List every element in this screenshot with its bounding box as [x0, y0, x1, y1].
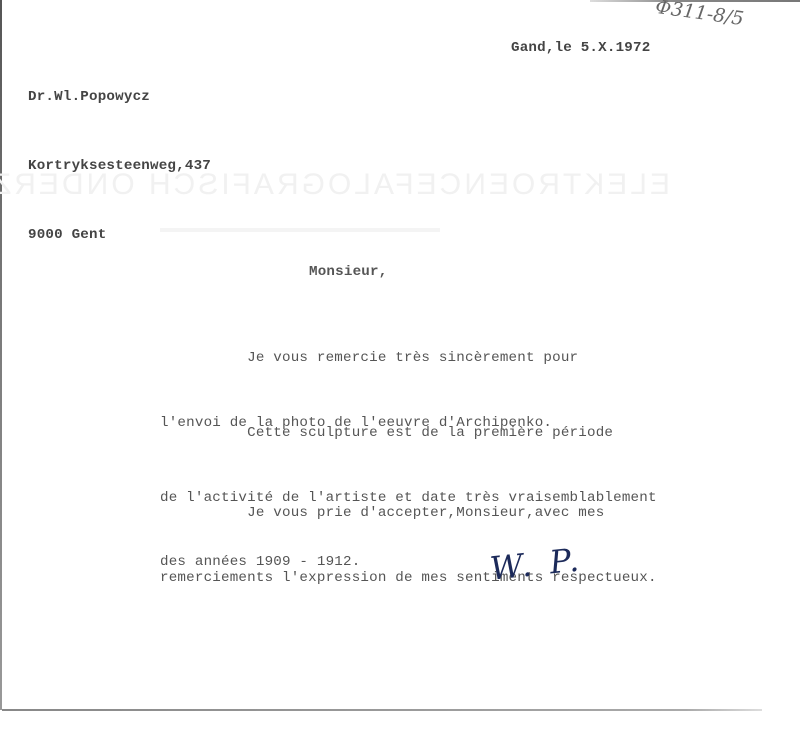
sender-address-block: Dr.Wl.Popowycz Kortryksesteenweg,437 900… [28, 40, 211, 270]
paragraph-line: Cette sculpture est de la première pério… [160, 423, 657, 445]
paper-left-edge [0, 0, 2, 710]
sender-city: 9000 Gent [28, 224, 211, 247]
place-and-date: Gand,le 5.X.1972 [511, 40, 650, 56]
paper-bottom-edge [2, 709, 762, 711]
paragraph-line: Je vous prie d'accepter,Monsieur,avec me… [160, 503, 657, 525]
paragraph-closing: Je vous prie d'accepter,Monsieur,avec me… [160, 460, 657, 611]
salutation: Monsieur, [309, 264, 387, 280]
handwritten-archive-reference: Ф311-8/5 [654, 0, 745, 30]
sender-street: Kortryksesteenweg,437 [28, 155, 211, 178]
sender-name: Dr.Wl.Popowycz [28, 86, 211, 109]
paragraph-line: Je vous remercie très sincèrement pour [160, 348, 578, 370]
